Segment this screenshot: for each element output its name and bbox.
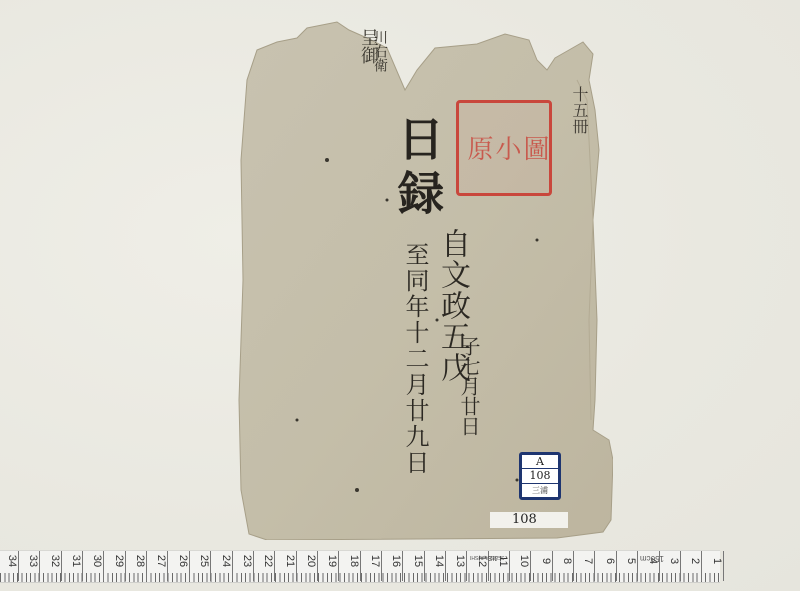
ruler-number: 2 bbox=[689, 553, 701, 569]
ruler-major-tick bbox=[146, 551, 147, 581]
ruler-number: 19 bbox=[326, 553, 338, 569]
ruler-number: 22 bbox=[262, 553, 274, 569]
ruler-major-tick bbox=[466, 551, 467, 581]
ruler-number: 33 bbox=[27, 553, 39, 569]
ruler-number: 16 bbox=[390, 553, 402, 569]
ruler-major-tick bbox=[637, 551, 638, 581]
ruler-major-tick bbox=[82, 551, 83, 581]
ruler-number: 34 bbox=[6, 553, 18, 569]
ruler-major-tick bbox=[381, 551, 382, 581]
ruler-major-tick bbox=[701, 551, 702, 581]
ruler-number: 28 bbox=[134, 553, 146, 569]
ruler-number: 10 bbox=[518, 553, 530, 569]
ruler-major-tick bbox=[445, 551, 446, 581]
ruler-number: 24 bbox=[220, 553, 232, 569]
ruler-number: 5 bbox=[625, 553, 637, 569]
ruler-major-tick bbox=[338, 551, 339, 581]
side-annotation: 十五冊 bbox=[568, 86, 591, 134]
ruler-number: 18 bbox=[348, 553, 360, 569]
seal-character: 原 bbox=[465, 109, 491, 187]
ruler-number: 3 bbox=[668, 553, 680, 569]
seal-character: 小 bbox=[493, 109, 519, 187]
number-strip-label: 108 bbox=[490, 512, 568, 528]
ruler-major-tick bbox=[274, 551, 275, 581]
call-number-label: A 108 三浦 bbox=[519, 452, 561, 500]
date-line-right: 子七月廿日 bbox=[455, 336, 484, 436]
ruler-number: 25 bbox=[198, 553, 210, 569]
date-line-left: 至同年十二月廿九日 bbox=[398, 242, 433, 476]
ruler-maker-mark: JIS bbox=[488, 554, 498, 561]
ruler-number: 15 bbox=[412, 553, 424, 569]
ruler-number: 13 bbox=[454, 553, 466, 569]
ruler-major-tick bbox=[210, 551, 211, 581]
label-number: 108 bbox=[522, 469, 558, 483]
ruler-major-tick bbox=[103, 551, 104, 581]
ruler-number: 20 bbox=[305, 553, 317, 569]
ruler-major-tick bbox=[402, 551, 403, 581]
ruler-length-label: 150cm bbox=[640, 554, 664, 563]
ruler-number: 1 bbox=[711, 553, 723, 569]
ruler-number: 17 bbox=[369, 553, 381, 569]
ruler-major-tick bbox=[317, 551, 318, 581]
ruler-number: 29 bbox=[113, 553, 125, 569]
measuring-ruler: 3433323130292827262524232221201918171615… bbox=[0, 550, 720, 583]
ruler-major-tick bbox=[573, 551, 574, 581]
ruler-major-tick bbox=[167, 551, 168, 581]
ruler-number: 26 bbox=[177, 553, 189, 569]
ruler-number: 32 bbox=[49, 553, 61, 569]
ruler-major-tick bbox=[39, 551, 40, 581]
ruler-number: 8 bbox=[561, 553, 573, 569]
ruler-major-tick bbox=[18, 551, 19, 581]
ruler-number: 31 bbox=[70, 553, 82, 569]
ruler-number: 9 bbox=[540, 553, 552, 569]
ruler-number: 23 bbox=[241, 553, 253, 569]
label-location: 三浦 bbox=[522, 484, 558, 497]
ruler-number: 6 bbox=[604, 553, 616, 569]
document-title: 日録 bbox=[395, 115, 441, 223]
ruler-major-tick bbox=[509, 551, 510, 581]
ruler-number: 21 bbox=[284, 553, 296, 569]
ruler-major-tick bbox=[530, 551, 531, 581]
torn-text-fragment: 川右衛 bbox=[370, 30, 390, 72]
seal-character: 圖 bbox=[521, 109, 547, 187]
red-seal-stamp: 原 小 圖 bbox=[456, 100, 552, 196]
ruler-major-tick bbox=[594, 551, 595, 581]
ruler-number: 30 bbox=[91, 553, 103, 569]
ruler-number: 14 bbox=[433, 553, 445, 569]
ruler-number: 27 bbox=[155, 553, 167, 569]
label-series: A bbox=[522, 455, 558, 469]
ruler-number: 7 bbox=[582, 553, 594, 569]
